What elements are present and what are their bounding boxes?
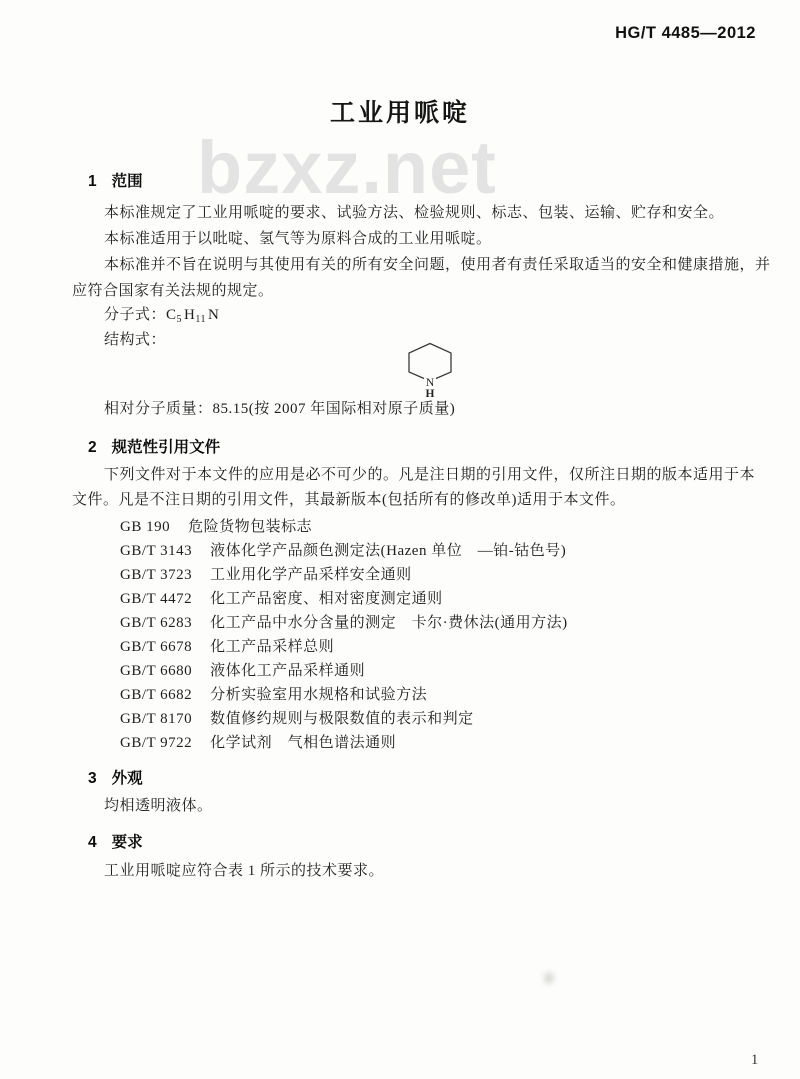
molar-mass-line: 相对分子质量：85.15(按 2007 年国际相对原子质量) [104,400,455,419]
reference-code: GB/T 4472 [120,591,192,608]
reference-item: GB/T 6283化工产品中水分含量的测定 卡尔·费休法(通用方法) [120,611,568,632]
hexagon-ring-icon [409,344,451,379]
section-2-heading: 2规范性引用文件 [88,435,220,457]
scope-paragraph-3-line-1: 本标准并不旨在说明与其使用有关的所有安全问题，使用者有责任采取适当的安全和健康措… [104,256,771,275]
reference-item: GB/T 4472化工产品密度、相对密度测定通则 [120,587,443,608]
references-intro-line-2: 文件。凡是不注日期的引用文件，其最新版本(包括所有的修改单)适用于本文件。 [72,491,626,510]
reference-title: 液体化学产品颜色测定法(Hazen 单位 —铂-钴色号) [210,543,566,559]
reference-code: GB/T 6678 [120,639,192,656]
reference-code: GB/T 3143 [120,543,192,560]
reference-code: GB/T 8170 [120,711,192,728]
appearance-paragraph: 均相透明液体。 [104,797,213,816]
reference-title: 危险货物包装标志 [188,519,312,535]
reference-code: GB/T 9722 [120,735,192,752]
formula-carbon-subscript: 5 [177,314,183,325]
section-4-title: 要求 [112,834,143,851]
document-page: bzxz.net HG/T 4485—2012 工业用哌啶 1范围 本标准规定了… [0,0,800,1079]
watermark: bzxz.net [197,128,497,208]
section-4-number: 4 [88,834,97,852]
reference-title: 液体化工产品采样通则 [210,663,365,679]
section-4-heading: 4要求 [88,830,143,852]
reference-code: GB/T 6682 [120,687,192,704]
reference-title: 化工产品密度、相对密度测定通则 [210,591,443,607]
formula-carbon: C [166,307,177,323]
reference-code: GB/T 6680 [120,663,192,680]
scope-paragraph-3-line-2: 应符合国家有关法规的规定。 [72,282,274,301]
reference-code: GB/T 3723 [120,567,192,584]
reference-item: GB/T 6678化工产品采样总则 [120,635,334,656]
scope-paragraph-2: 本标准适用于以吡啶、氢气等为原料合成的工业用哌啶。 [104,230,492,249]
structure-label: 结构式： [104,331,166,350]
formula-hydrogen-subscript: 11 [195,314,206,325]
reference-title: 数值修约规则与极限数值的表示和判定 [210,711,474,727]
section-1-heading: 1范围 [88,169,143,191]
reference-title: 工业用化学产品采样安全通则 [210,567,412,583]
section-3-title: 外观 [112,770,143,787]
references-intro-line-1: 下列文件对于本文件的应用是必不可少的。凡是注日期的引用文件，仅所注日期的版本适用… [104,466,755,485]
section-2-title: 规范性引用文件 [112,439,221,456]
document-title: 工业用哌啶 [0,93,800,129]
page-number: 1 [751,1052,758,1069]
reference-item: GB/T 3723工业用化学产品采样安全通则 [120,563,412,584]
section-3-heading: 3外观 [88,766,143,788]
formula-hydrogen: H [184,307,195,323]
reference-item: GB/T 8170数值修约规则与极限数值的表示和判定 [120,707,474,728]
section-3-number: 3 [88,770,97,788]
section-1-number: 1 [88,173,97,191]
standard-code: HG/T 4485—2012 [615,24,756,43]
reference-item: GB/T 6682分析实验室用水规格和试验方法 [120,683,427,704]
molecular-formula: 分子式：C5H11N [104,306,219,329]
reference-item: GB/T 3143液体化学产品颜色测定法(Hazen 单位 —铂-钴色号) [120,539,566,560]
reference-code: GB 190 [120,519,170,536]
requirements-paragraph: 工业用哌啶应符合表 1 所示的技术要求。 [104,862,384,881]
scan-smudge [544,972,554,984]
reference-title: 化工产品中水分含量的测定 卡尔·费休法(通用方法) [210,615,568,631]
piperidine-structure-diagram: N H [401,340,459,398]
reference-title: 分析实验室用水规格和试验方法 [210,687,427,703]
molecular-formula-label: 分子式： [104,307,166,323]
scope-paragraph-1: 本标准规定了工业用哌啶的要求、试验方法、检验规则、标志、包装、运输、贮存和安全。 [104,204,724,223]
section-2-number: 2 [88,439,97,457]
reference-item: GB/T 6680液体化工产品采样通则 [120,659,365,680]
reference-item: GB/T 9722化学试剂 气相色谱法通则 [120,731,396,752]
reference-title: 化学试剂 气相色谱法通则 [210,735,396,751]
section-1-title: 范围 [112,173,143,190]
formula-nitrogen: N [208,307,219,323]
reference-item: GB 190危险货物包装标志 [120,515,312,536]
reference-title: 化工产品采样总则 [210,639,334,655]
structure-hydrogen-atom: H [426,388,435,398]
reference-code: GB/T 6283 [120,615,192,632]
